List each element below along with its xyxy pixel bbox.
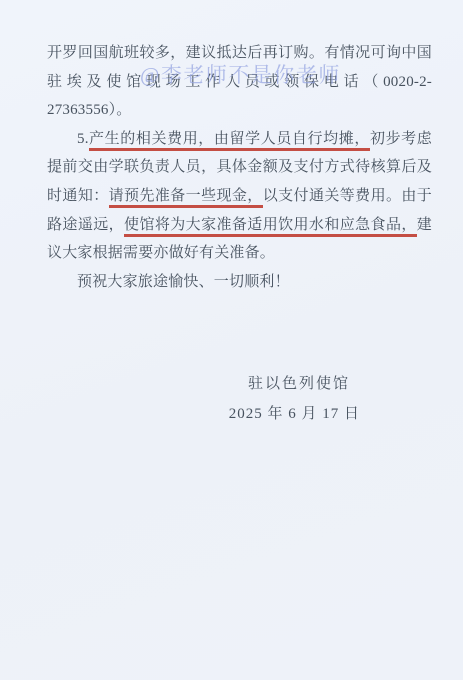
document-body: 开罗回国航班较多，建议抵达后再订购。有情况可询中国驻埃及使馆现场工作人员或领保电… (47, 39, 432, 429)
underlined-phrase-water-food: 使馆将为大家准备适用饮用水和应急食品， (124, 217, 417, 237)
underlined-phrase-prepare-cash: 请预先准备一些现金， (109, 188, 263, 208)
signature-embassy: 驻以色列使馆 (47, 370, 432, 399)
document-photo: @李老师不是你老师 开罗回国航班较多，建议抵达后再订购。有情况可询中国驻埃及使馆… (0, 0, 463, 680)
signature-date: 2025 年 6 月 17 日 (47, 400, 432, 429)
paragraph-flight-info: 开罗回国航班较多，建议抵达后再订购。有情况可询中国驻埃及使馆现场工作人员或领保电… (47, 39, 432, 125)
underlined-phrase-cost-sharing: 产生的相关费用，由留学人员自行均摊， (89, 131, 370, 151)
signature-block: 驻以色列使馆 2025 年 6 月 17 日 (47, 370, 432, 428)
paragraph-item-5: 5.产生的相关费用，由留学人员自行均摊，初步考虑提前交由学联负责人员，具体金额及… (47, 125, 432, 268)
item-5-number: 5. (77, 131, 89, 147)
paragraph-well-wishes: 预祝大家旅途愉快、一切顺利！ (47, 268, 432, 297)
